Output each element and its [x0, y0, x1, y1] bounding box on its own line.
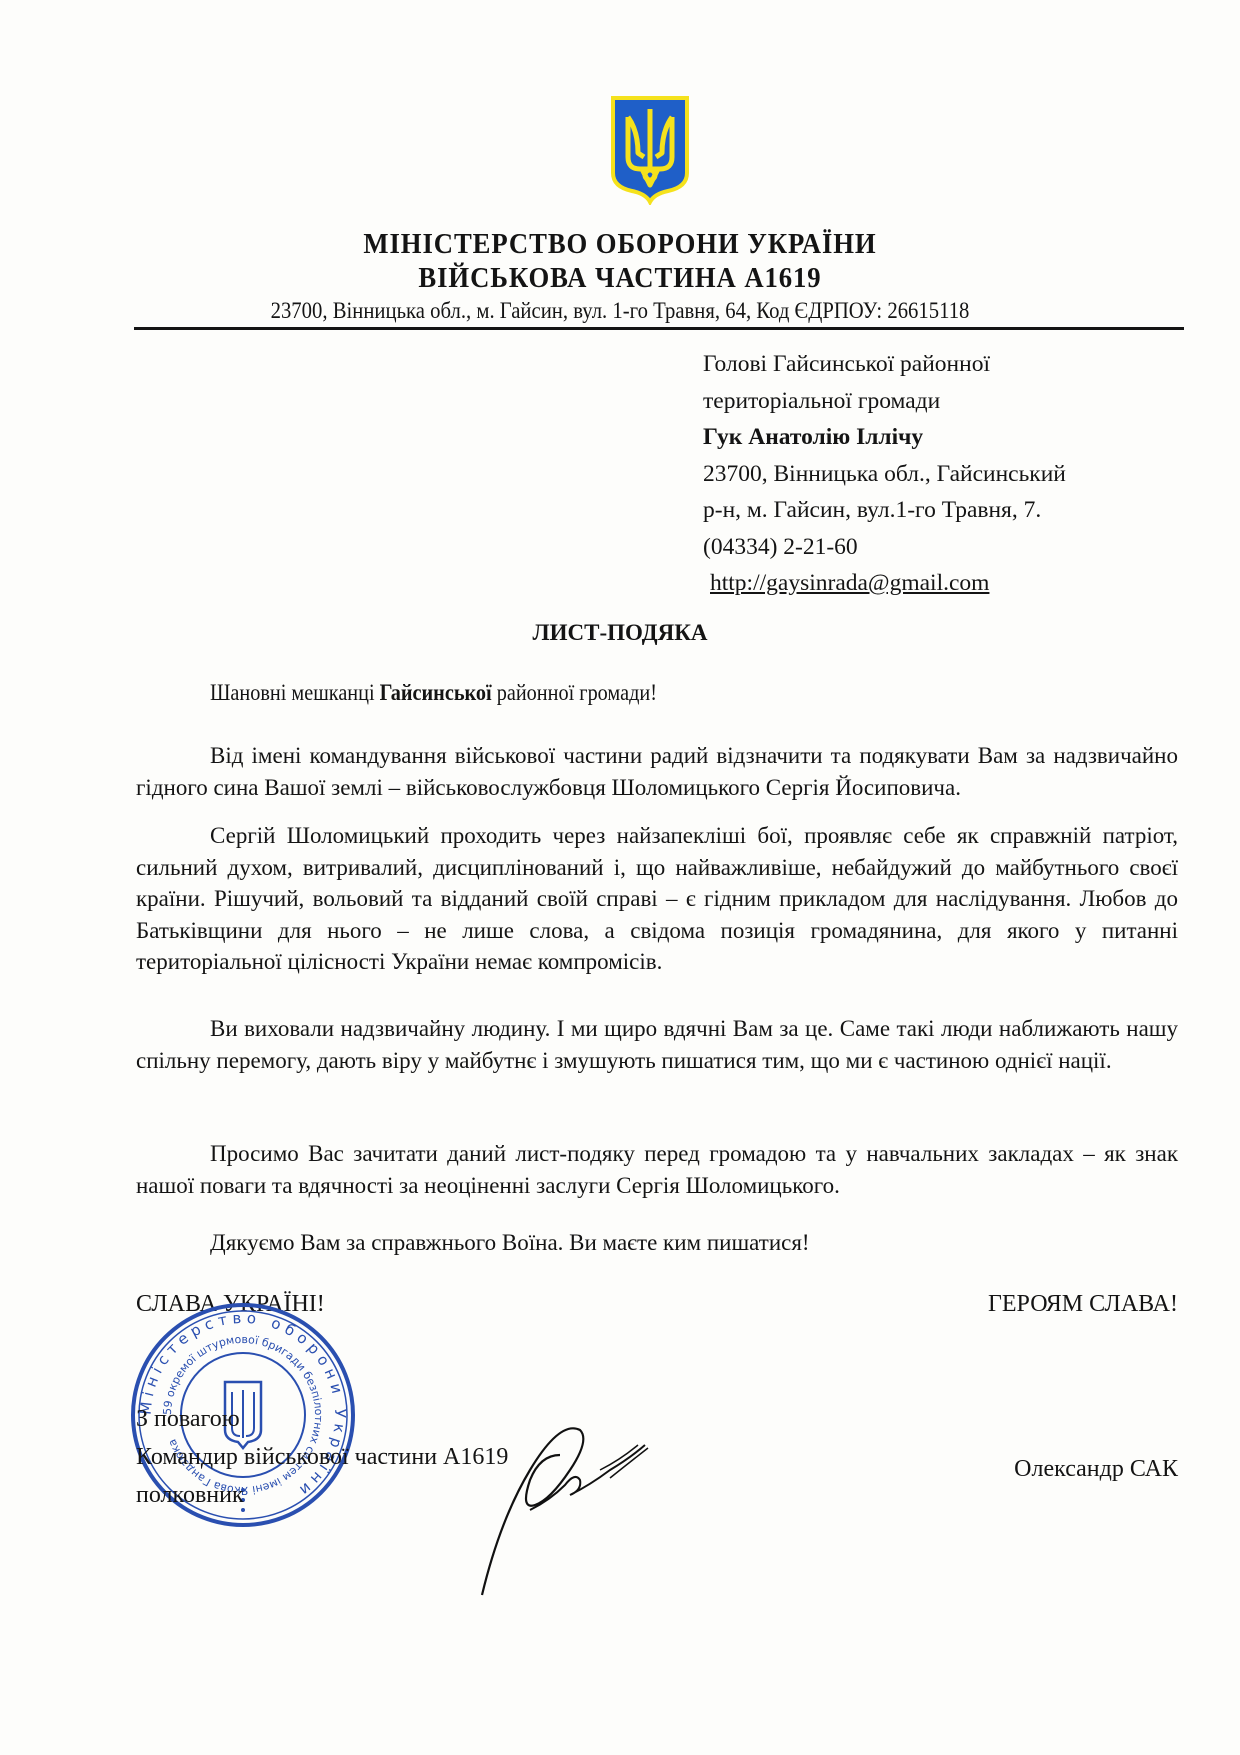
- paragraph-text: Сергій Шоломицький проходить через найза…: [136, 820, 1178, 978]
- letterhead-address: 23700, Вінницька обл., м. Гайсин, вул. 1…: [62, 298, 1178, 324]
- paragraph-text: Ви виховали надзвичайну людину. І ми щир…: [136, 1013, 1178, 1076]
- recipient-address2: р-н, м. Гайсин, вул.1-го Травня, 7.: [703, 492, 1066, 529]
- recipient-phone: (04334) 2-21-60: [703, 529, 1066, 566]
- recipient-email-link[interactable]: http://gaysinrada@gmail.com: [703, 565, 1066, 602]
- signer-name: Олександр САК: [1014, 1456, 1178, 1483]
- greeting: Шановні мешканці Гайсинської районної гр…: [210, 680, 657, 706]
- letterhead-divider: [134, 327, 1184, 330]
- paragraph-3: Ви виховали надзвичайну людину. І ми щир…: [136, 1013, 1178, 1076]
- recipient-address1: 23700, Вінницька обл., Гайсинський: [703, 456, 1066, 493]
- recipient-block: Голові Гайсинської районної територіальн…: [703, 346, 1066, 602]
- paragraph-4: Просимо Вас зачитати даний лист-подяку п…: [136, 1138, 1178, 1201]
- letter-title: ЛИСТ-ПОДЯКА: [0, 620, 1240, 646]
- signature-block: З повагою Командир військової частини А1…: [136, 1400, 508, 1514]
- ministry-heading: МІНІСТЕРСТВО ОБОРОНИ УКРАЇНИ: [50, 228, 1191, 261]
- regards: З повагою: [136, 1400, 508, 1438]
- recipient-line1: Голові Гайсинської районної: [703, 346, 1066, 383]
- greeting-bold: Гайсинської: [380, 680, 492, 705]
- signer-position: Командир військової частини А1619: [136, 1438, 508, 1476]
- handwritten-signature-icon: [470, 1400, 670, 1600]
- greeting-text: Шановні мешканці: [210, 680, 380, 705]
- slogan-right: ГЕРОЯМ СЛАВА!: [988, 1291, 1178, 1318]
- paragraph-text: Дякуємо Вам за справжнього Воїна. Ви має…: [136, 1227, 1178, 1259]
- paragraph-2: Сергій Шоломицький проходить через найза…: [136, 820, 1178, 978]
- military-unit-heading: ВІЙСЬКОВА ЧАСТИНА А1619: [50, 262, 1191, 295]
- paragraph-1: Від імені командування військової частин…: [136, 740, 1178, 803]
- paragraph-text: Від імені командування військової частин…: [136, 740, 1178, 803]
- greeting-text-end: районної громади!: [492, 680, 657, 705]
- recipient-line2: територіальної громади: [703, 383, 1066, 420]
- paragraph-5: Дякуємо Вам за справжнього Воїна. Ви має…: [136, 1227, 1178, 1259]
- coat-of-arms-icon: [610, 95, 690, 205]
- paragraph-text: Просимо Вас зачитати даний лист-подяку п…: [136, 1138, 1178, 1201]
- signer-rank: полковник: [136, 1476, 508, 1514]
- recipient-name: Гук Анатолію Іллічу: [703, 419, 1066, 456]
